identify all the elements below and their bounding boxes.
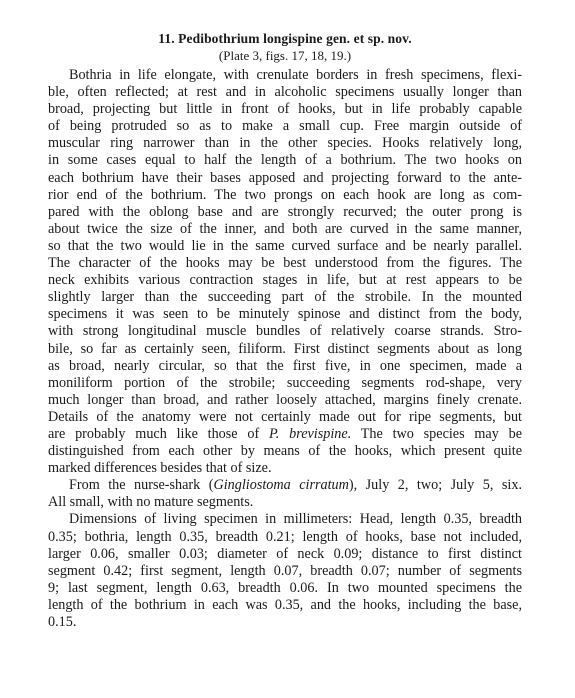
- text-line: are probably much like those of P. brevi…: [48, 426, 522, 443]
- text-line: so that the two would lie in the same cu…: [48, 238, 522, 255]
- text-line: in some cases equal to half the length o…: [48, 152, 522, 169]
- text-line: marked differences besides that of size.: [48, 460, 522, 477]
- text-line: larger 0.06, smaller 0.03; diameter of n…: [48, 546, 522, 563]
- text-line: neck exhibits various contraction stages…: [48, 272, 522, 289]
- text-line: 0.35; bothria, length 0.35, breadth 0.21…: [48, 529, 522, 546]
- species-name-italic: P. brevispine.: [269, 426, 351, 442]
- text-line: Dimensions of living specimen in millime…: [48, 511, 522, 528]
- text-line: moniliform portion of the strobile; succ…: [48, 375, 522, 392]
- text-line: segment 0.42; first segment, length 0.07…: [48, 563, 522, 580]
- text-line: each bothrium have their bases apposed a…: [48, 170, 522, 187]
- text-line: distinguished from each other by means o…: [48, 443, 522, 460]
- section-title: 11. Pedibothrium longispine gen. et sp. …: [48, 30, 522, 47]
- text-line: bile, so far as certainly seen, filiform…: [48, 341, 522, 358]
- paragraph-host: From the nurse-shark (Gingliostoma cirra…: [48, 477, 522, 511]
- text-run: ), July 2, two; July 5, six.: [349, 477, 522, 493]
- text-line: length of the bothrium in each was 0.35,…: [48, 597, 522, 614]
- text-line: The character of the hooks may be best u…: [48, 255, 522, 272]
- text-line: much longer than broad, and rather loose…: [48, 392, 522, 409]
- text-line: muscular ring narrower than in the other…: [48, 135, 522, 152]
- text-line: Bothria in life elongate, with crenulate…: [48, 67, 522, 84]
- text-line: 9; last segment, length 0.63, breadth 0.…: [48, 580, 522, 597]
- text-line: From the nurse-shark (Gingliostoma cirra…: [48, 477, 522, 494]
- text-line: with strong longitudinal muscle bundles …: [48, 323, 522, 340]
- text-run: are probably much like those of: [48, 426, 269, 442]
- paragraph-description: Bothria in life elongate, with crenulate…: [48, 67, 522, 477]
- document-page: 11. Pedibothrium longispine gen. et sp. …: [48, 30, 522, 631]
- text-line: as broad, nearly circular, so that the f…: [48, 358, 522, 375]
- text-line: 0.15.: [48, 614, 522, 631]
- text-line: Details of the anatomy were not certainl…: [48, 409, 522, 426]
- paragraph-dimensions: Dimensions of living specimen in millime…: [48, 511, 522, 631]
- text-line: pared with the oblong base and are stron…: [48, 204, 522, 221]
- text-line: ble, often reflected; at rest and in alc…: [48, 84, 522, 101]
- text-line: broad, projecting but little in front of…: [48, 101, 522, 118]
- text-line: All small, with no mature segments.: [48, 494, 522, 511]
- host-species-italic: Gingliostoma cirratum: [213, 477, 348, 493]
- text-line: slightly larger than the succeeding part…: [48, 289, 522, 306]
- text-run: From the nurse-shark (: [69, 477, 213, 493]
- text-line: specimens it was seen to be minutely spi…: [48, 306, 522, 323]
- text-line: about twice the size of the inner, and b…: [48, 221, 522, 238]
- plate-reference: (Plate 3, figs. 17, 18, 19.): [48, 47, 522, 64]
- text-line: rior end of the bothrium. The two prongs…: [48, 187, 522, 204]
- text-run: The two species may be: [351, 426, 522, 442]
- text-line: of being protruded so as to make a small…: [48, 118, 522, 135]
